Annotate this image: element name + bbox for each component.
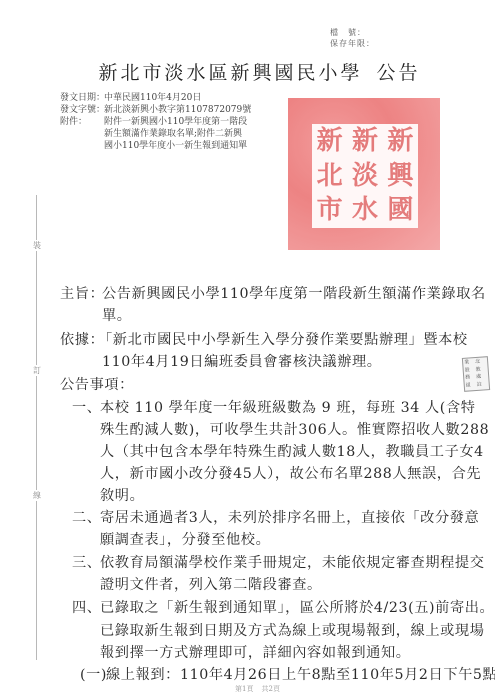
item-line: 人，新市國小改分發45人），故公布名單288人無誤，合先: [100, 463, 481, 483]
sub-item-number: (一): [80, 664, 107, 684]
item-line: 寄居未通過者3人，未列於排序名冊上，直接依「改分發意: [100, 507, 479, 527]
item-line: 殊生酌減人數)，可收學生共計306人。惟實際招收人數288: [100, 419, 489, 439]
attachments-label: 附件：: [60, 116, 104, 128]
seal-glyph: 新: [383, 124, 418, 159]
seal-glyph: 北: [312, 159, 347, 194]
issue-date-label: 發文日期：: [60, 92, 104, 104]
page-total: 共2頁: [262, 685, 280, 693]
seal-glyph: 興: [383, 159, 418, 194]
basis-line: 「新北市國民中小學新生入學分發作業要點辦理」暨本校: [98, 329, 468, 349]
issue-date-value: 中華民國110年4月20日: [104, 92, 201, 104]
receipt-stamp: 業 北 股 教 務 處 組 註: [462, 356, 490, 392]
reference-number-row: 發文字號： 新北淡新興小教字第1107872079號: [60, 104, 251, 116]
sub-item-text: 線上報到：110年4月26日上午8點至110年5月2日下午5點。: [106, 664, 495, 684]
item-number: 一、: [72, 397, 102, 417]
seal-glyph: 新: [312, 124, 347, 159]
item-line: 敘明。: [100, 485, 144, 505]
retention-period-label: 保存年限：: [330, 38, 375, 49]
item-number: 三、: [72, 552, 102, 572]
item-line: 依教育局額滿學校作業手冊規定，未能依規定審查期程提交: [100, 552, 484, 572]
subject-label: 主旨：: [60, 283, 104, 303]
issue-date-row: 發文日期： 中華民國110年4月20日: [60, 92, 251, 104]
official-seal-stamp: 新 新 新 北 淡 興 市 水 國: [288, 98, 440, 250]
attachments-row: 附件： 附件一新興國小110學年度第一階段: [60, 116, 251, 128]
attachment-line: 國小110學年度小一新生報到通知單: [60, 140, 251, 152]
seal-glyph: 淡: [347, 159, 382, 194]
item-line: 報到擇一方式辦理即可，詳細內容如報到通知。: [100, 642, 411, 662]
file-meta: 檔 號： 保存年限：: [330, 27, 375, 49]
subject-line: 單。: [102, 305, 132, 325]
binding-mark-zhuang: 裝: [33, 240, 41, 251]
title-org: 新北市淡水區新興國民小學: [98, 62, 362, 84]
file-number-label: 檔 號：: [330, 27, 375, 38]
page-title: 新北市淡水區新興國民小學公告: [0, 58, 495, 85]
page-number: 第1頁: [235, 685, 253, 693]
reference-number-value: 新北淡新興小教字第1107872079號: [104, 104, 251, 116]
item-line: 證明文件者，列入第二階段審查。: [100, 574, 322, 594]
item-line: 人（其中包含本學年特殊生酌減人數18人，教職員工子女4: [100, 441, 484, 461]
item-line: 已錄取新生報到日期及方式為線上或現場報到，線上或現場: [100, 620, 484, 640]
seal-glyph: 新: [347, 124, 382, 159]
issuance-meta: 發文日期： 中華民國110年4月20日 發文字號： 新北淡新興小教字第11078…: [60, 92, 251, 152]
attachment-line: 附件一新興國小110學年度第一階段: [104, 116, 247, 128]
seal-glyph: 市: [312, 193, 347, 228]
seal-glyphs: 新 新 新 北 淡 興 市 水 國: [312, 124, 418, 228]
title-type: 公告: [377, 62, 421, 84]
item-line: 已錄取之「新生報到通知單」，區公所將於4/23(五)前寄出。: [100, 597, 494, 617]
binding-mark-xian: 線: [33, 490, 41, 501]
seal-glyph: 水: [347, 193, 382, 228]
basis-line: 110年4月19日編班委員會審核決議辦理。: [102, 351, 382, 371]
item-line: 願調查表」，分發至他校。: [100, 529, 270, 549]
item-number: 二、: [72, 507, 102, 527]
reference-number-label: 發文字號：: [60, 104, 104, 116]
page-footer: 第1頁共2頁: [0, 684, 495, 694]
seal-glyph: 國: [383, 193, 418, 228]
subject-line: 公告新興國民小學110學年度第一階段新生額滿作業錄取名: [102, 283, 486, 303]
item-number: 四、: [72, 597, 102, 617]
stamp-glyph: 註: [477, 381, 488, 389]
item-line: 本校 110 學年度一年級班級數為 9 班，每班 34 人(含特: [100, 397, 476, 417]
announcement-items-label: 公告事項：: [60, 374, 134, 394]
binding-line: [36, 195, 37, 660]
binding-mark-ding: 訂: [33, 365, 41, 376]
attachment-line: 新生額滿作業錄取名單;附件二新興: [60, 128, 251, 140]
stamp-glyph: 組: [466, 381, 477, 389]
